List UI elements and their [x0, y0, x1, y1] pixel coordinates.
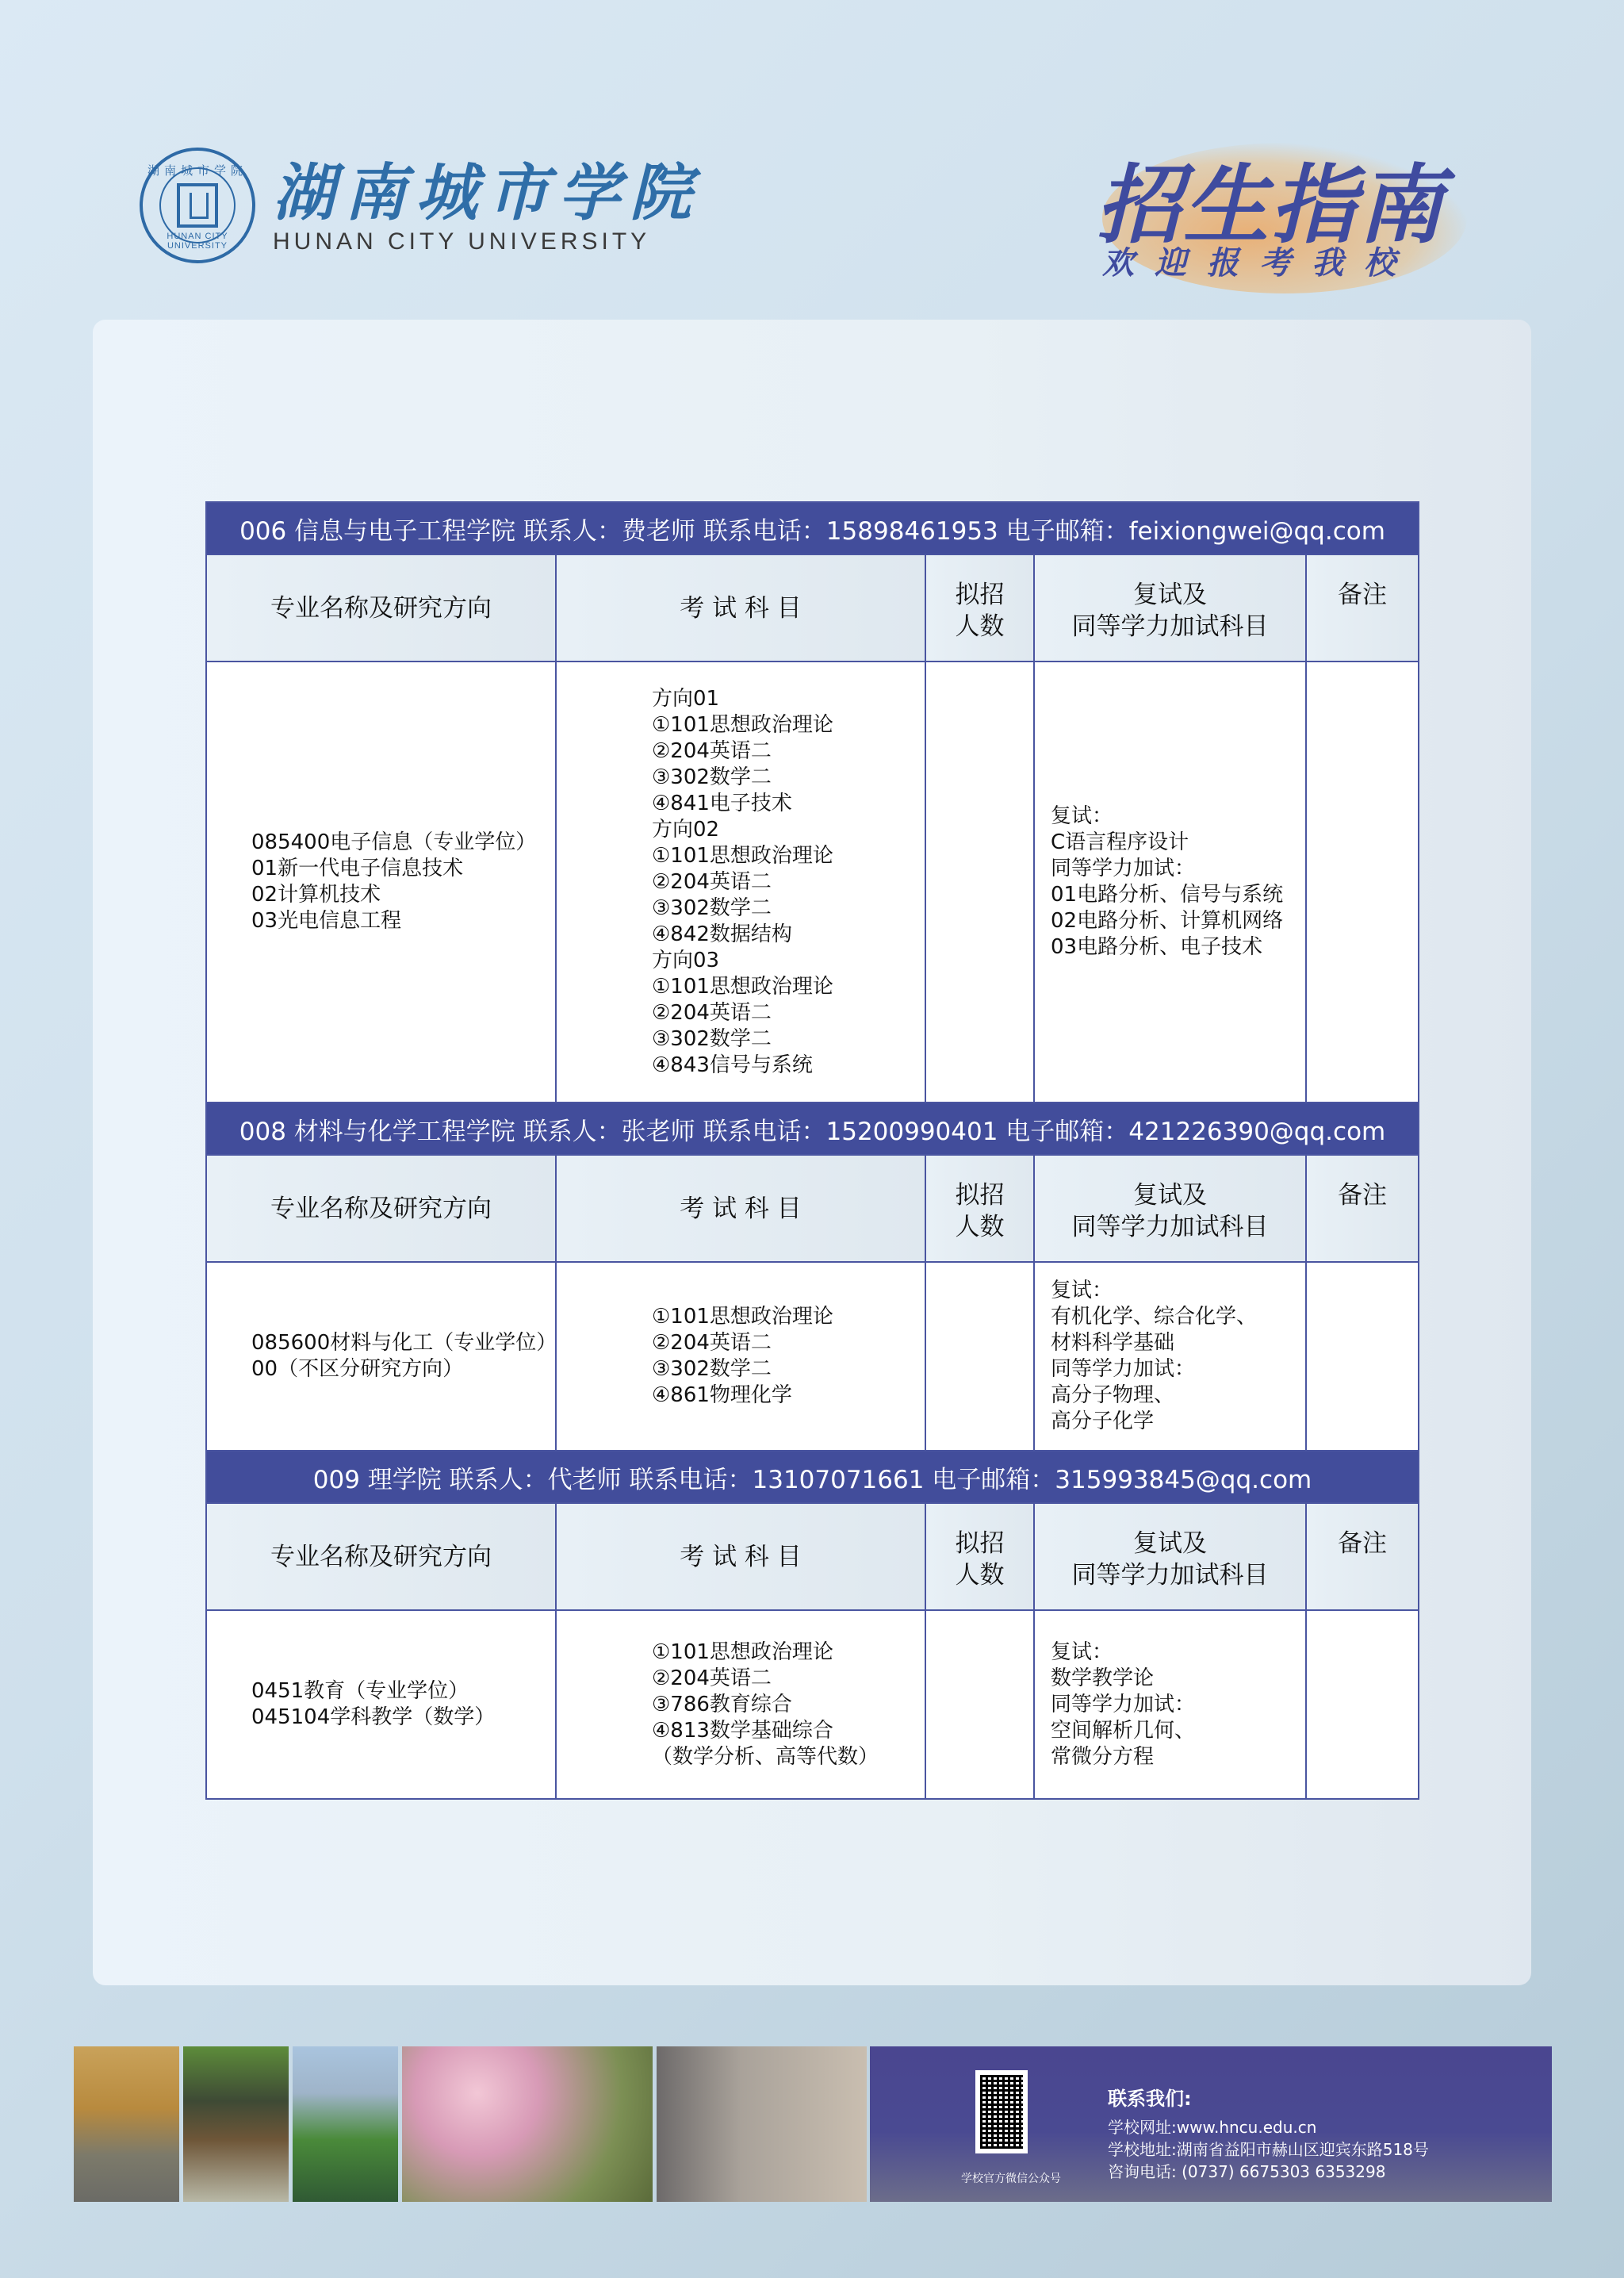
col-major: 专业名称及研究方向 [206, 1503, 556, 1610]
remark-cell [1306, 1262, 1419, 1451]
qr-label: 学校官方微信公众号 [961, 2170, 1061, 2186]
col-retest: 复试及同等学力加试科目 [1034, 1503, 1306, 1610]
exam-cell: 方向01 ①101思想政治理论 ②204英语二 ③302数学二 ④841电子技术… [556, 662, 925, 1103]
remark-cell [1306, 662, 1419, 1103]
table-row: 0451教育（专业学位） 045104学科教学（数学） ①101思想政治理论 ②… [206, 1610, 1419, 1799]
retest-cell: 复试： 数学教学论 同等学力加试： 空间解析几何、 常微分方程 [1034, 1610, 1306, 1799]
banner-subtitle: 欢迎报考我校 [1102, 238, 1416, 283]
col-remark: 备注 [1306, 1503, 1419, 1610]
col-quota: 拟招人数 [925, 1155, 1034, 1262]
admissions-table: 006 信息与电子工程学院 联系人：费老师 联系电话：15898461953 电… [205, 501, 1418, 1800]
table-row: 085400电子信息（专业学位） 01新一代电子信息技术 02计算机技术 03光… [206, 662, 1419, 1103]
department-header-006: 006 信息与电子工程学院 联系人：费老师 联系电话：15898461953 电… [206, 502, 1419, 554]
building-lake-photo [293, 2046, 398, 2202]
major-cell: 0451教育（专业学位） 045104学科教学（数学） [206, 1610, 556, 1799]
quota-cell [925, 1262, 1034, 1451]
col-retest: 复试及同等学力加试科目 [1034, 1155, 1306, 1262]
col-remark: 备注 [1306, 554, 1419, 662]
department-header-text: 009 理学院 联系人：代老师 联系电话：13107071661 电子邮箱：31… [206, 1451, 1419, 1503]
column-header-row: 专业名称及研究方向 考 试 科 目 拟招人数 复试及同等学力加试科目 备注 [206, 1503, 1419, 1610]
logo-chinese-name: 湖南城市学院 [273, 155, 701, 232]
department-header-text: 006 信息与电子工程学院 联系人：费老师 联系电话：15898461953 电… [206, 502, 1419, 554]
column-header-row: 专业名称及研究方向 考 试 科 目 拟招人数 复试及同等学力加试科目 备注 [206, 1155, 1419, 1262]
exam-cell: ①101思想政治理论 ②204英语二 ③302数学二 ④861物理化学 [556, 1262, 925, 1451]
retest-cell: 复试： C语言程序设计 同等学力加试： 01电路分析、信号与系统 02电路分析、… [1034, 662, 1306, 1103]
remark-cell [1306, 1610, 1419, 1799]
col-exam: 考 试 科 目 [556, 1155, 925, 1262]
col-quota: 拟招人数 [925, 554, 1034, 662]
department-header-009: 009 理学院 联系人：代老师 联系电话：13107071661 电子邮箱：31… [206, 1451, 1419, 1503]
col-exam: 考 试 科 目 [556, 554, 925, 662]
department-header-008: 008 材料与化学工程学院 联系人：张老师 联系电话：15200990401 电… [206, 1103, 1419, 1155]
wechat-qr-code-icon [975, 2070, 1028, 2153]
major-cell: 085400电子信息（专业学位） 01新一代电子信息技术 02计算机技术 03光… [206, 662, 556, 1103]
seal-emblem-icon [177, 183, 218, 228]
quota-cell [925, 662, 1034, 1103]
col-major: 专业名称及研究方向 [206, 1155, 556, 1262]
department-header-text: 008 材料与化学工程学院 联系人：张老师 联系电话：15200990401 电… [206, 1103, 1419, 1155]
logo-english-name: HUNAN CITY UNIVERSITY [273, 228, 701, 255]
col-retest: 复试及同等学力加试科目 [1034, 554, 1306, 662]
seal-bottom-text: HUNAN CITY UNIVERSITY [143, 232, 252, 251]
major-cell: 085600材料与化工（专业学位） 00（不区分研究方向） [206, 1262, 556, 1451]
exam-cell: ①101思想政治理论 ②204英语二 ③786教育综合 ④813数学基础综合 （… [556, 1610, 925, 1799]
admissions-guide-banner: 招生指南 欢迎报考我校 [1086, 127, 1483, 301]
col-exam: 考 试 科 目 [556, 1503, 925, 1610]
campus-avenue-photo [74, 2046, 179, 2202]
contact-phone: 咨询电话: (0737) 6675303 6353298 [1108, 2159, 1385, 2182]
contact-address: 学校地址:湖南省益阳市赫山区迎宾东路518号 [1108, 2137, 1429, 2160]
col-quota: 拟招人数 [925, 1503, 1034, 1610]
col-remark: 备注 [1306, 1155, 1419, 1262]
column-header-row: 专业名称及研究方向 考 试 科 目 拟招人数 复试及同等学力加试科目 备注 [206, 554, 1419, 662]
quota-cell [925, 1610, 1034, 1799]
seal-top-text: 湖南城市学院 [143, 162, 252, 178]
university-logo: 湖南城市学院 HUNAN CITY UNIVERSITY 湖南城市学院 HUNA… [140, 148, 701, 263]
contact-website: 学校网址:www.hncu.edu.cn [1108, 2115, 1316, 2138]
col-major: 专业名称及研究方向 [206, 554, 556, 662]
retest-cell: 复试： 有机化学、综合化学、 材料科学基础 同等学力加试： 高分子物理、 高分子… [1034, 1262, 1306, 1451]
contact-panel: 学校官方微信公众号 联系我们: 学校网址:www.hncu.edu.cn 学校地… [870, 2046, 1552, 2202]
campus-photo-strip [74, 2046, 867, 2202]
pavilion-photo [183, 2046, 289, 2202]
stone-wall-photo [657, 2046, 867, 2202]
contact-title: 联系我们: [1108, 2083, 1192, 2111]
university-seal-icon: 湖南城市学院 HUNAN CITY UNIVERSITY [140, 148, 255, 263]
cherry-blossom-photo [402, 2046, 653, 2202]
table-row: 085600材料与化工（专业学位） 00（不区分研究方向） ①101思想政治理论… [206, 1262, 1419, 1451]
